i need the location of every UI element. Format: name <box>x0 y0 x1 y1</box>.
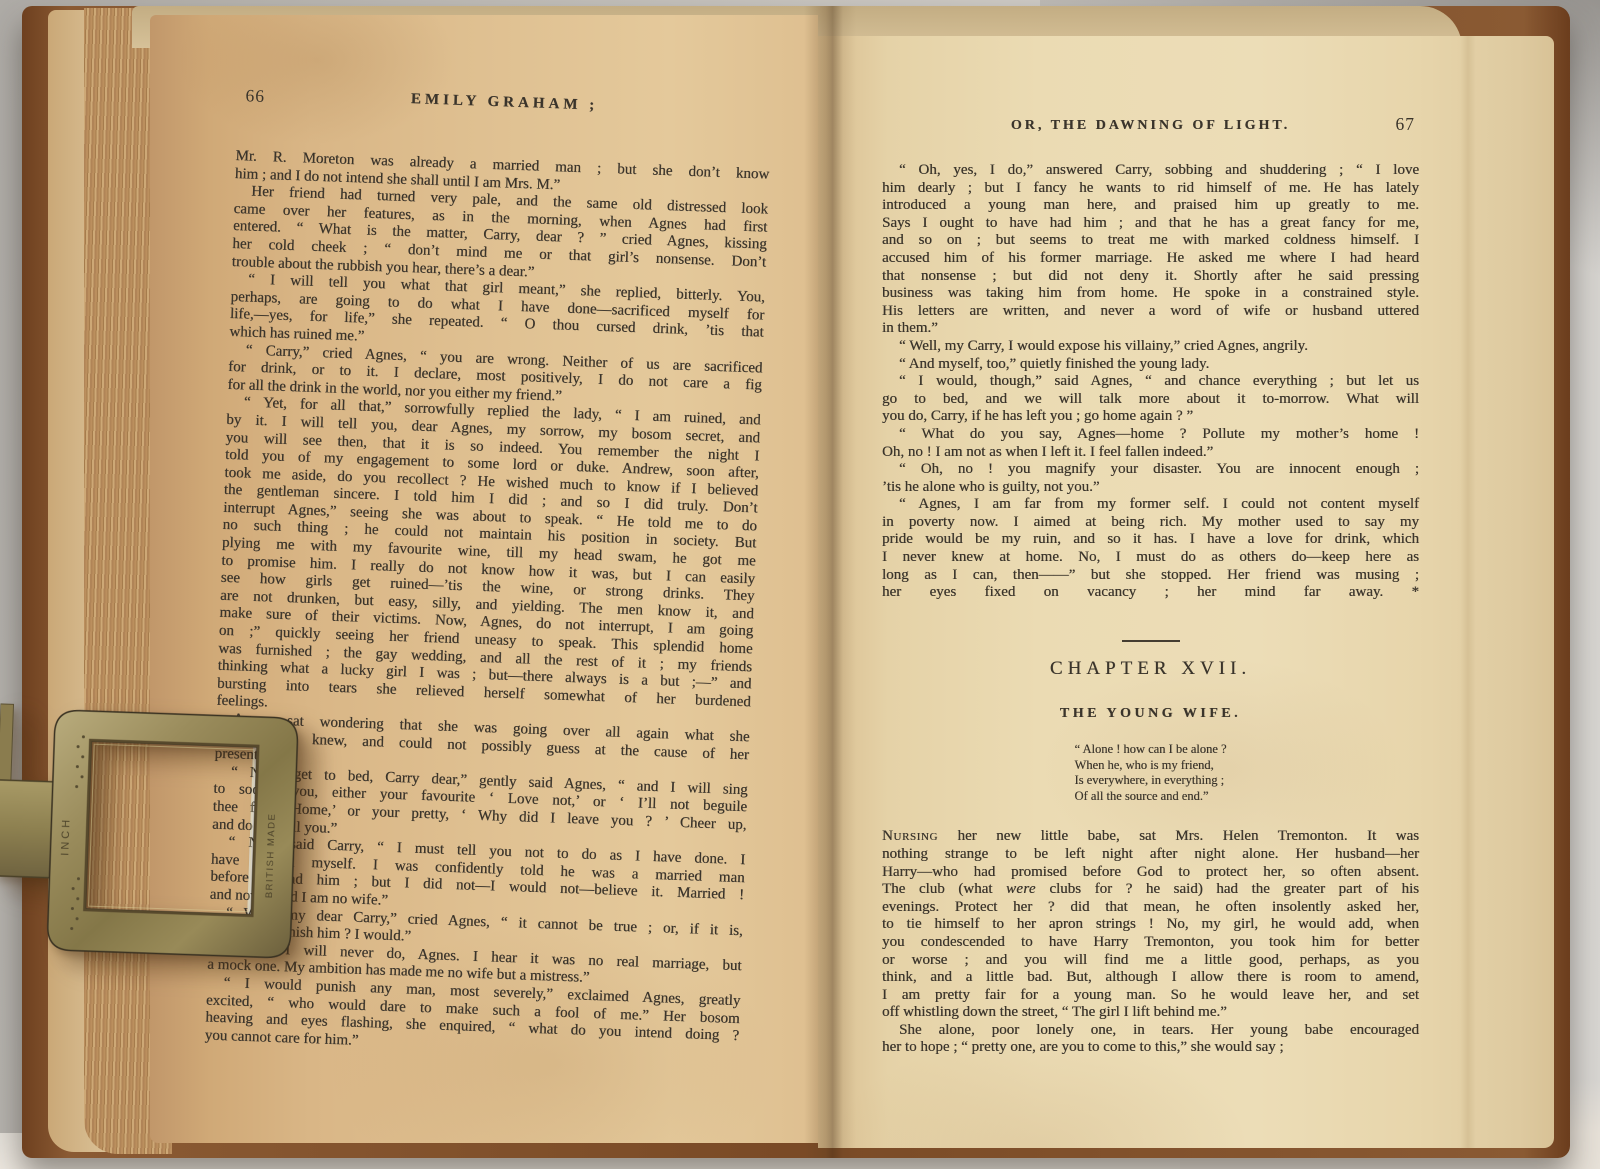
clasp-strap <box>0 704 14 784</box>
running-head: 67 OR, THE DAWNING OF LIGHT. <box>882 118 1419 138</box>
text-line: him dearly ; but I fancy he wants to rid… <box>882 180 1419 198</box>
paragraph: “ Oh, no ! you magnify your disaster. Yo… <box>882 461 1419 496</box>
chapter-subtitle: THE YOUNG WIFE. <box>882 706 1419 722</box>
text-line: “ Oh, no ! you magnify your disaster. Yo… <box>882 461 1419 479</box>
epigraph-line: Of all the source and end.” <box>1074 789 1226 805</box>
brass-clasp: INCH BRITISH MADE <box>0 698 323 977</box>
text-line: “ And myself, too,” quietly finished the… <box>882 356 1419 374</box>
text-line: She alone, poor lonely one, in tears. He… <box>882 1022 1419 1040</box>
text-line: I am pretty fair for a young man. So he … <box>882 987 1419 1005</box>
clasp-window-bevel <box>84 740 258 916</box>
right-page-body-top: “ Oh, yes, I do,” answered Carry, sobbin… <box>882 162 1419 602</box>
text-line: go to bed, and we will talk more about i… <box>882 391 1419 409</box>
text-line: “ Agnes, I am far from my former self. I… <box>882 496 1419 514</box>
text-line: Oh, no ! I am not as when I left it. I f… <box>882 444 1419 462</box>
text-line: off whistling down the street, “ The gir… <box>882 1004 1419 1022</box>
text-line: I never knew at home. No, I must do as o… <box>882 549 1419 567</box>
text-line: “ Well, my Carry, I would expose his vil… <box>882 338 1419 356</box>
text-line: you condescended to have Harry Tremonton… <box>882 934 1419 952</box>
text-line: Says I ought to have had him ; and that … <box>882 215 1419 233</box>
text-line: Harry—who had promised before God to pro… <box>882 864 1419 882</box>
text-line: His letters are written, and never a wor… <box>882 303 1419 321</box>
paragraph: “ Oh, yes, I do,” answered Carry, sobbin… <box>882 162 1419 338</box>
text-line: ’tis he alone who is guilty, not you.” <box>882 479 1419 497</box>
right-page-body-bottom: Nursing her new little babe, sat Mrs. He… <box>882 828 1419 1057</box>
paragraph: “ Yet, for all that,” sorrowfully replie… <box>216 394 761 729</box>
text-line: “ I would, though,” said Agnes, “ and ch… <box>882 373 1419 391</box>
chapter-title: CHAPTER XVII. <box>882 658 1419 680</box>
paragraph: Nursing her new little babe, sat Mrs. He… <box>882 828 1419 1022</box>
page-number: 67 <box>1396 114 1416 135</box>
clasp-engraving-inch: INCH <box>59 817 72 856</box>
text-line: think, and a little bad. But, although I… <box>882 969 1419 987</box>
epigraph-line: Is everywhere, in everything ; <box>1074 773 1226 789</box>
text-line: “ What do you say, Agnes—home ? Pollute … <box>882 426 1419 444</box>
text-line: that nonsense ; but did not deny it. Sho… <box>882 268 1419 286</box>
right-page: 67 OR, THE DAWNING OF LIGHT. “ Oh, yes, … <box>818 36 1554 1148</box>
text-line: pride would be my ruin, and so it has. I… <box>882 531 1419 549</box>
paragraph: “ Agnes, I am far from my former self. I… <box>882 496 1419 602</box>
text-line: in poverty now. I aimed at being rich. M… <box>882 514 1419 532</box>
running-head: 66 EMILY GRAHAM ; <box>237 85 772 146</box>
text-line: nothing strange to be left night after n… <box>882 846 1419 864</box>
text-line: to tie himself to her apron strings ! No… <box>882 916 1419 934</box>
text-line: The club (what were clubs for ? he said)… <box>882 881 1419 899</box>
epigraph-line: When he, who is my friend, <box>1074 758 1226 774</box>
text-line: “ Oh, yes, I do,” answered Carry, sobbin… <box>882 162 1419 180</box>
running-head-title: EMILY GRAHAM ; <box>237 85 771 121</box>
text-line: or worse ; and you will find me a little… <box>882 952 1419 970</box>
paragraph: She alone, poor lonely one, in tears. He… <box>882 1022 1419 1057</box>
text-line: her to hope ; “ pretty one, are you to c… <box>882 1039 1419 1057</box>
text-line: and so on ; but seems to treat me with m… <box>882 232 1419 250</box>
text-line: in them.” <box>882 320 1419 338</box>
text-line: evenings. Protect her ? did that mean, h… <box>882 899 1419 917</box>
paragraph: “ And myself, too,” quietly finished the… <box>882 356 1419 374</box>
photo-scene: 66 EMILY GRAHAM ; Mr. R. Moreton was alr… <box>0 0 1600 1169</box>
text-line: business was taking him from home. He sp… <box>882 285 1419 303</box>
text-line: Nursing her new little babe, sat Mrs. He… <box>882 828 1419 846</box>
right-page-text: 67 OR, THE DAWNING OF LIGHT. “ Oh, yes, … <box>882 118 1419 1057</box>
page-number: 66 <box>245 85 265 107</box>
running-head-title: OR, THE DAWNING OF LIGHT. <box>882 118 1419 134</box>
clasp-window-highlight <box>89 744 255 911</box>
text-line: introduced a young man here, and praised… <box>882 197 1419 215</box>
text-line: accused him of his former marriage. He a… <box>882 250 1419 268</box>
open-book: 66 EMILY GRAHAM ; Mr. R. Moreton was alr… <box>22 6 1570 1158</box>
epigraph-line: “ Alone ! how can I be alone ? <box>1074 742 1226 758</box>
text-line: her eyes fixed on vacancy ; her mind far… <box>882 584 1419 602</box>
paragraph: “ I would, though,” said Agnes, “ and ch… <box>882 373 1419 426</box>
paragraph: “ Well, my Carry, I would expose his vil… <box>882 338 1419 356</box>
paragraph: “ What do you say, Agnes—home ? Pollute … <box>882 426 1419 461</box>
book-gutter-shadow <box>804 6 856 1158</box>
text-line: you do, Carry, if he has left you ; go h… <box>882 408 1419 426</box>
chapter-epigraph: “ Alone ! how can I be alone ?When he, w… <box>1074 742 1226 804</box>
text-line: long as I can, then——” but she stopped. … <box>882 567 1419 585</box>
chapter-divider-rule <box>1122 640 1180 643</box>
